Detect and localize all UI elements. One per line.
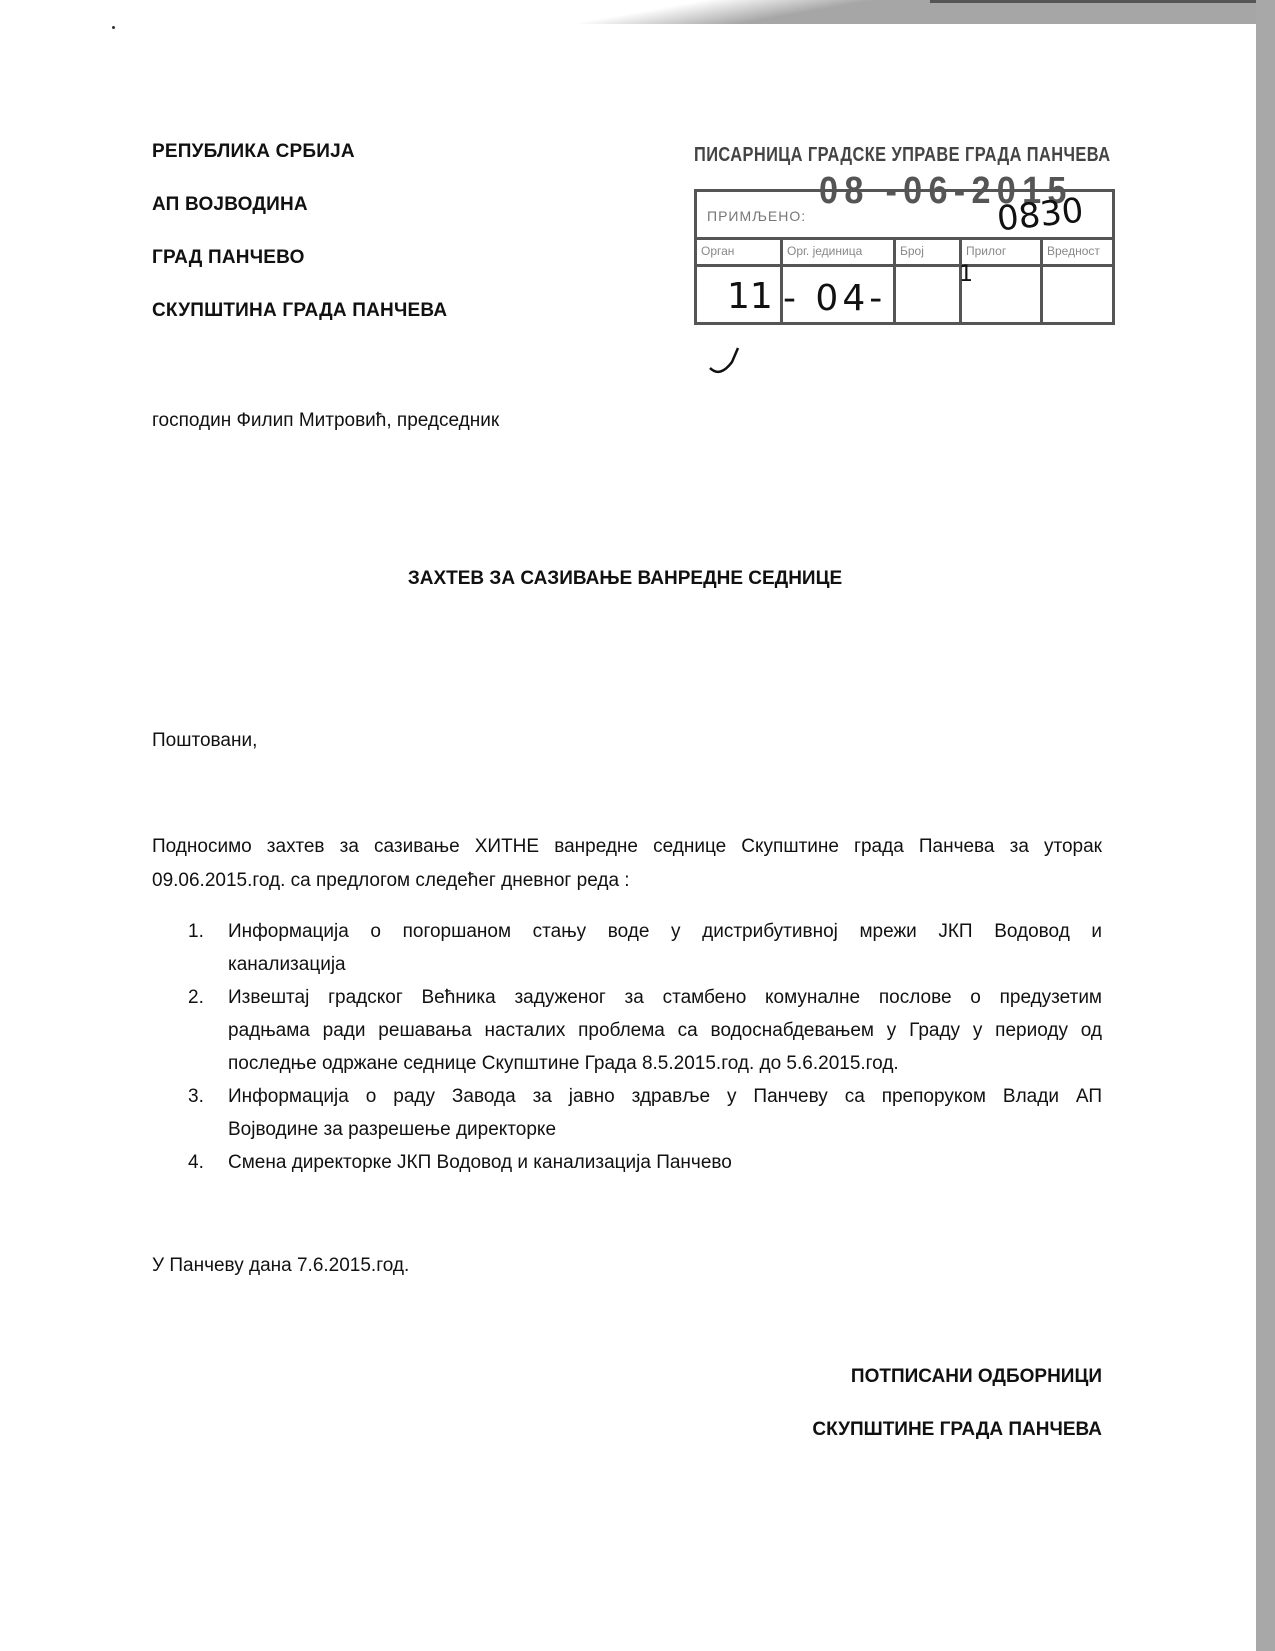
header-country: РЕПУБЛИКА СРБИЈА (152, 141, 355, 163)
agenda-item-text: Смена директорке ЈКП Водовод и канализац… (228, 1152, 732, 1173)
scan-speck (112, 26, 115, 29)
header-assembly: СКУПШТИНА ГРАДА ПАНЧЕВА (152, 300, 447, 322)
agenda-item-text: Информација о раду Завода за јавно здрав… (228, 1080, 1102, 1113)
document-title: ЗАХТЕВ ЗА САЗИВАЊЕ ВАНРЕДНЕ СЕДНИЦЕ (0, 568, 1250, 590)
stamp-col-header: Орг. јединица (783, 240, 893, 267)
agenda-item: 2. Извештај градског Већника задуженог з… (188, 981, 1102, 1080)
signature-line-1: ПОТПИСАНИ ОДБОРНИЦИ (851, 1366, 1102, 1388)
scan-edge-top (0, 0, 1275, 24)
handwritten-org-unit: - 04- (783, 278, 886, 319)
body-paragraph: Подносимо захтев за сазивање ХИТНЕ ванре… (152, 830, 1102, 898)
stamp-col-attachment: Прилог (962, 240, 1043, 322)
handwritten-organ: 11 (727, 276, 773, 317)
stamp-col-header: Прилог (962, 240, 1040, 267)
handwritten-attachment: 1 (959, 262, 973, 287)
registry-stamp: ПРИМЉЕНО: 08 -06-2015 Орган Орг. јединиц… (694, 189, 1115, 325)
salutation: Поштовани, (152, 730, 257, 752)
scan-edge-right (1256, 0, 1275, 1651)
agenda-item: 3. Информација о раду Завода за јавно зд… (188, 1080, 1102, 1146)
stamp-col-header: Број (896, 240, 959, 267)
stamp-title: ПИСАРНИЦА ГРАДСКЕ УПРАВЕ ГРАДА ПАНЧЕВА (694, 144, 1110, 167)
stamp-col-value: Вредност (1043, 240, 1112, 322)
stamp-col-header: Орган (697, 240, 780, 267)
body-line-2: 09.06.2015.год. са предлогом следећег дн… (152, 870, 630, 891)
agenda-item-number: 4. (188, 1146, 204, 1179)
handwritten-time: 0830 (995, 191, 1085, 240)
agenda-item-text: Извештај градског Већника задуженог за с… (228, 981, 1102, 1014)
agenda-item-text-cont: радњама ради решавања насталих проблема … (228, 1020, 1102, 1074)
scan-edge-top-dark (930, 0, 1275, 3)
stamp-col-number: Број (896, 240, 962, 322)
agenda-list: 1. Информација о погоршаном стању воде у… (188, 915, 1102, 1179)
body-line-1: Подносимо захтев за сазивање ХИТНЕ ванре… (152, 830, 1102, 864)
agenda-item-number: 2. (188, 981, 204, 1014)
agenda-item-number: 3. (188, 1080, 204, 1113)
addressee: господин Филип Митровић, председник (152, 410, 499, 432)
agenda-item-text: Информација о погоршаном стању воде у ди… (228, 915, 1102, 948)
agenda-item: 1. Информација о погоршаном стању воде у… (188, 915, 1102, 981)
agenda-item: 4. Смена директорке ЈКП Водовод и канали… (188, 1146, 1102, 1179)
header-city: ГРАД ПАНЧЕВО (152, 247, 305, 269)
agenda-item-text-cont: канализација (228, 954, 346, 975)
checkmark-icon (706, 340, 746, 380)
stamp-col-header: Вредност (1043, 240, 1112, 267)
agenda-item-text-cont: Војводине за разрешење директорке (228, 1119, 556, 1140)
agenda-item-number: 1. (188, 915, 204, 948)
signature-line-2: СКУПШТИНЕ ГРАДА ПАНЧЕВА (812, 1419, 1102, 1441)
stamp-received-label: ПРИМЉЕНО: (707, 208, 806, 224)
place-date: У Панчеву дана 7.6.2015.год. (152, 1255, 409, 1277)
header-province: АП ВОЈВОДИНА (152, 194, 308, 216)
